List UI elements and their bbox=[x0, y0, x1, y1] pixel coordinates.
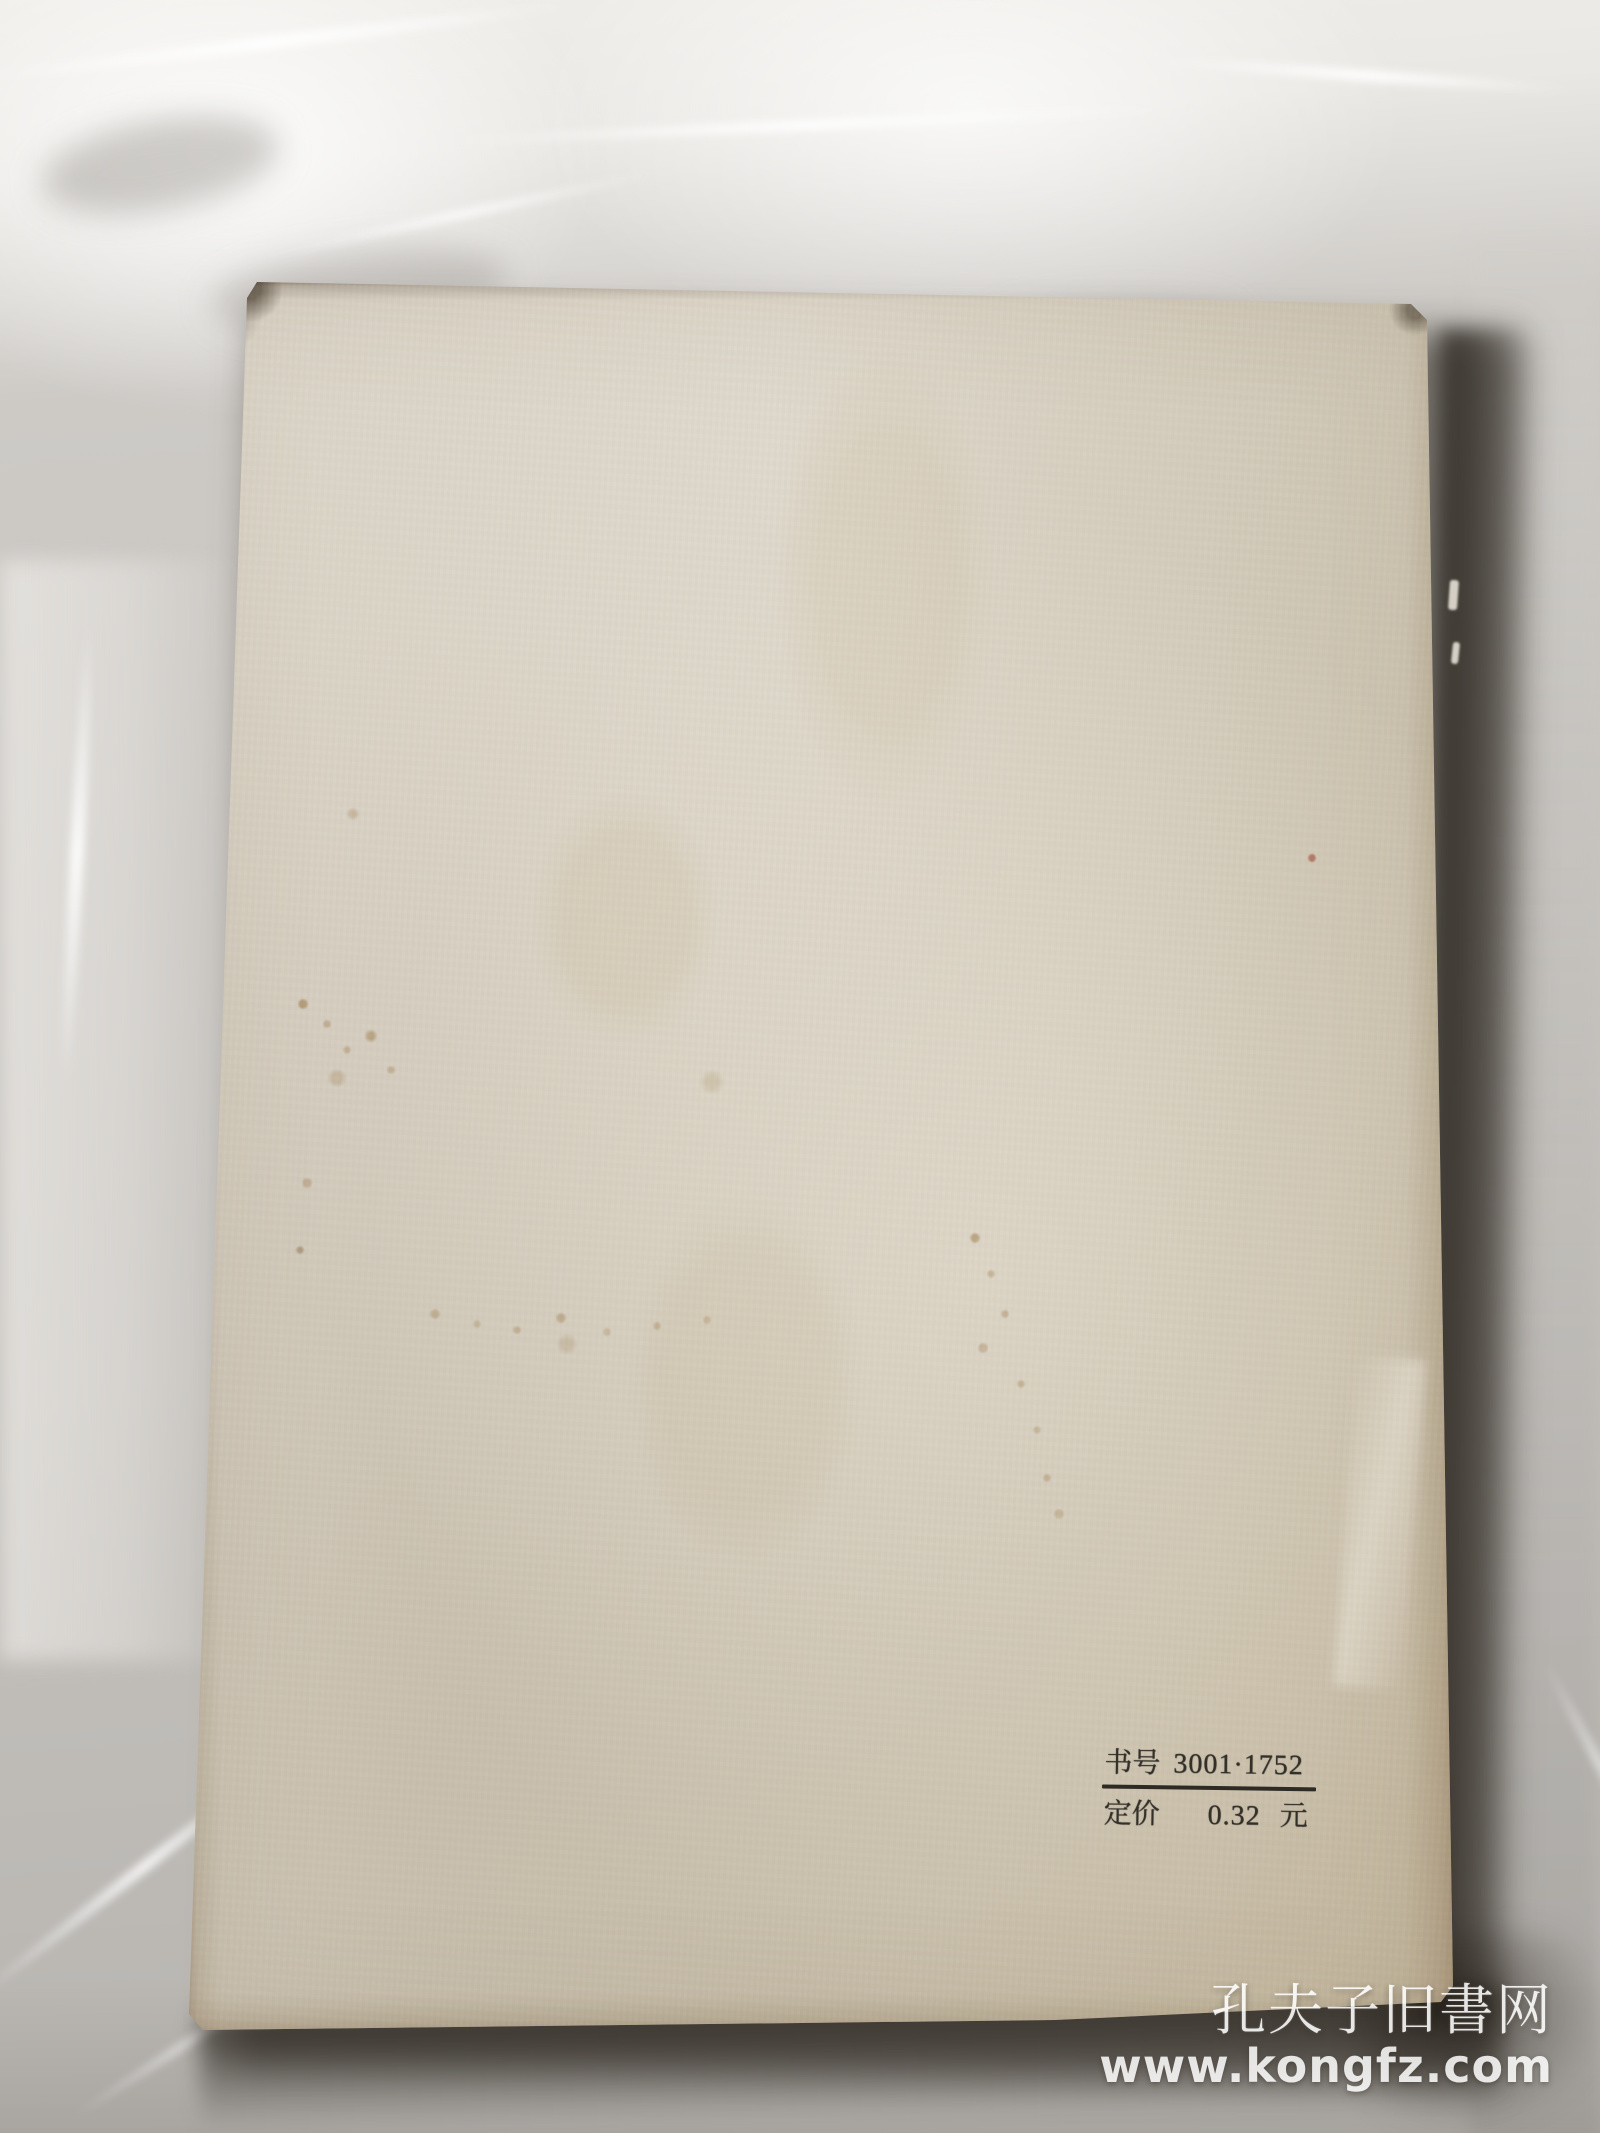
watermark: 孔夫子旧書网 www.kongfz.com bbox=[1099, 1980, 1553, 2090]
backdrop-crease bbox=[1539, 1657, 1600, 1874]
backdrop-wrinkle-shadow bbox=[34, 100, 286, 230]
price-value: 0.32 bbox=[1207, 1801, 1260, 1832]
book-back-cover: 书号 3001·1752 定价 0.32 元 bbox=[185, 278, 1455, 2035]
backdrop-crease bbox=[430, 103, 1190, 146]
foxing-stains bbox=[185, 278, 1455, 2035]
backdrop-crease bbox=[1150, 55, 1580, 96]
spine-edge bbox=[185, 278, 221, 2035]
price-unit: 元 bbox=[1279, 1802, 1307, 1832]
book-number-line: 书号 3001·1752 bbox=[1104, 1748, 1324, 1781]
price-label: 定价 bbox=[1103, 1799, 1159, 1830]
price-line: 定价 0.32 元 bbox=[1103, 1799, 1323, 1832]
book-number-label: 书号 bbox=[1104, 1748, 1160, 1779]
paper-sheen bbox=[185, 278, 1455, 2035]
cover-crease bbox=[1334, 1356, 1427, 1690]
backdrop-crease bbox=[0, 0, 578, 87]
watermark-site-url: www.kongfz.com bbox=[1099, 2042, 1553, 2090]
photo-scene: 书号 3001·1752 定价 0.32 元 孔夫子旧書网 www.kongfz… bbox=[0, 0, 1600, 2133]
backdrop-highlight bbox=[0, 560, 240, 1660]
paper-texture bbox=[185, 278, 1455, 2035]
imprint-block: 书号 3001·1752 定价 0.32 元 bbox=[1103, 1748, 1324, 1832]
backdrop-crease bbox=[58, 620, 97, 1090]
backdrop-crease bbox=[254, 166, 667, 262]
book-number-value: 3001·1752 bbox=[1173, 1749, 1304, 1781]
imprint-divider bbox=[1102, 1784, 1316, 1791]
watermark-site-name: 孔夫子旧書网 bbox=[1099, 1980, 1553, 2040]
